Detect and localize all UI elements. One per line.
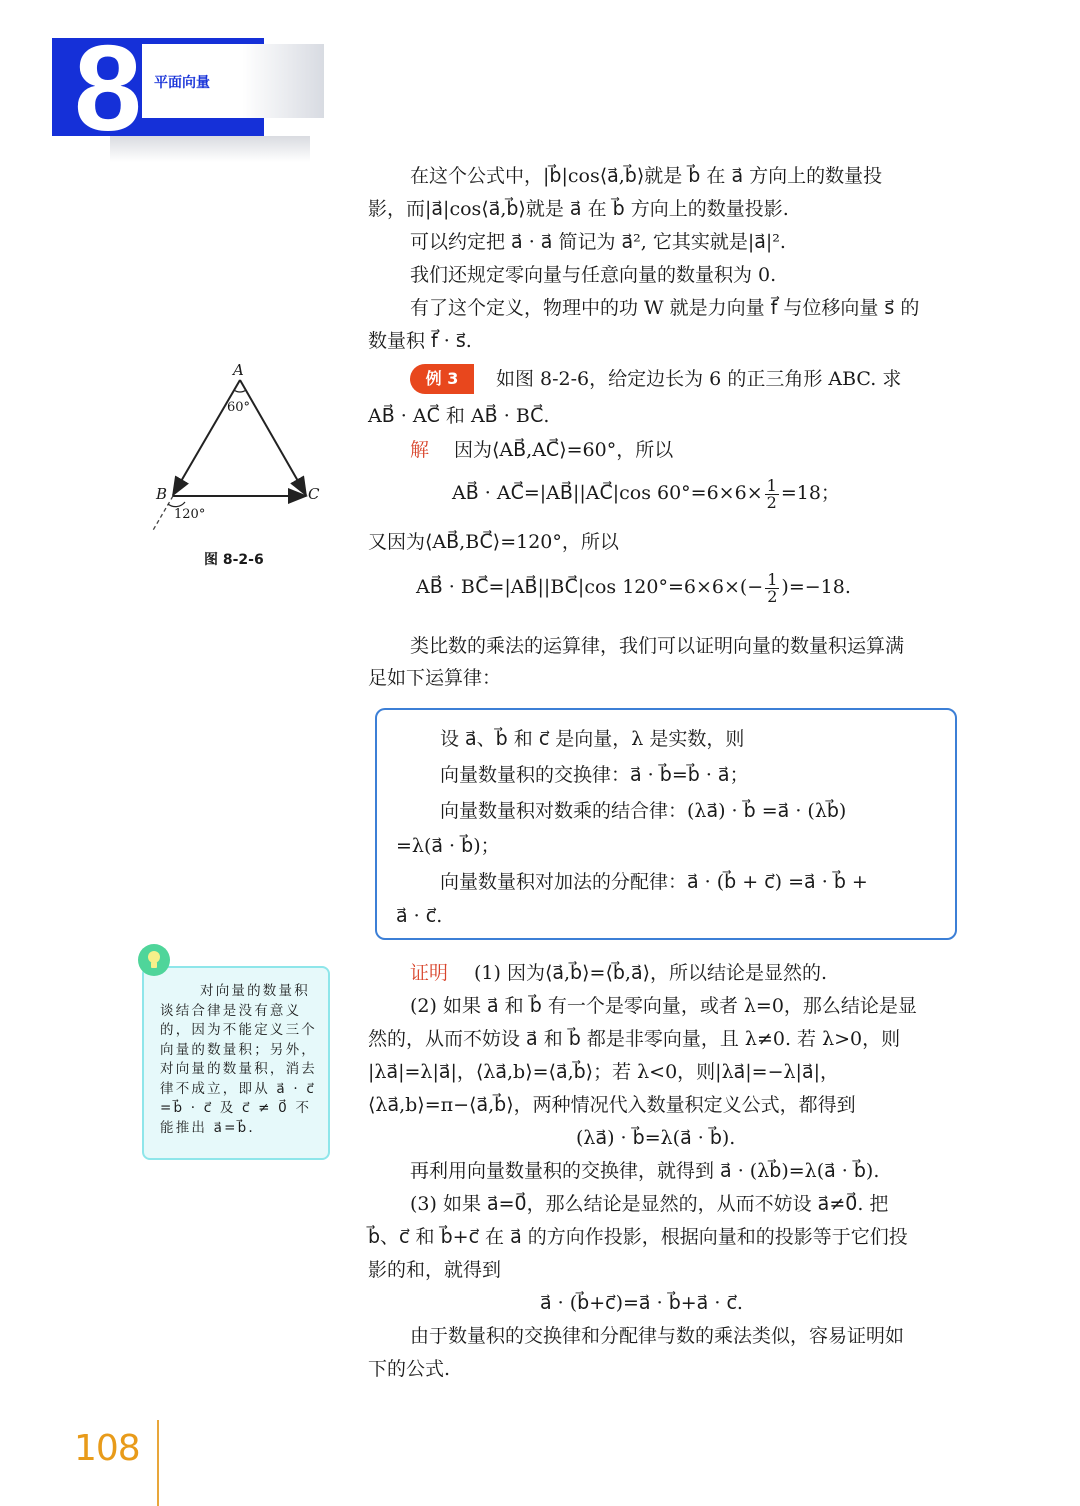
law-distributive: 向量数量积对加法的分配律：a⃗ · (b⃗ + c⃗) =a⃗ · b⃗ + xyxy=(440,866,868,898)
analogy-line-2: 足如下运算律： xyxy=(368,662,501,694)
angle-a-label: 60° xyxy=(227,400,250,415)
header-shadow xyxy=(110,136,310,162)
equation-1: AB⃗ · AC⃗=|AB⃗||AC⃗|cos 60°=6×6×12=18； xyxy=(452,476,840,511)
vertex-c-label: C xyxy=(308,485,319,503)
example-badge: 例 3 xyxy=(410,364,474,394)
fraction-numerator: 1 xyxy=(765,572,779,589)
equation-2-fraction: 12 xyxy=(765,572,779,605)
side-note-content: 对向量的数量积谈结合律是没有意义的，因为不能定义三个向量的数量积；另外，对向量的… xyxy=(160,983,317,1136)
proof-part-3-line-2: b⃗、c⃗ 和 b⃗+c⃗ 在 a⃗ 的方向作投影，根据向量和的投影等于它们投 xyxy=(368,1221,908,1253)
chapter-number: 8 xyxy=(74,28,140,148)
fraction-denominator: 2 xyxy=(765,589,779,605)
proof-part-2-line-1: (2) 如果 a⃗ 和 b⃗ 有一个是零向量，或者 λ=0，那么结论是显 xyxy=(410,990,917,1022)
intro-line-1: 在这个公式中，|b⃗|cos⟨a⃗,b⃗⟩就是 b⃗ 在 a⃗ 方向上的数量投 xyxy=(410,160,882,192)
equation-1-fraction: 12 xyxy=(765,478,779,511)
law-distributive-cont: a⃗ · c⃗. xyxy=(396,900,442,932)
vertex-b-label: B xyxy=(156,485,167,503)
example-problem-line-2: AB⃗ · AC⃗ 和 AB⃗ · BC⃗. xyxy=(368,400,549,432)
fraction-numerator: 1 xyxy=(765,478,779,495)
intro-line-5: 有了这个定义，物理中的功 W 就是力向量 f⃗ 与位移向量 s⃗ 的 xyxy=(410,292,919,324)
law-associative-cont: =λ(a⃗ · b⃗)； xyxy=(396,830,500,862)
figure-caption: 图 8-2-6 xyxy=(204,549,264,569)
solution-label: 解 xyxy=(410,434,429,466)
chapter-title: 平面向量 xyxy=(154,72,210,92)
proof-part-2-line-3: |λa⃗|=λ|a⃗|，⟨λa⃗,b⟩=⟨a⃗,b⃗⟩；若 λ<0，则|λa⃗|… xyxy=(368,1056,839,1088)
proof-part-2-equation: (λa⃗) · b⃗=λ(a⃗ · b⃗). xyxy=(576,1122,735,1154)
vertex-a-label: A xyxy=(233,361,244,379)
proof-part-2-after: 再利用向量数量积的交换律，就得到 a⃗ · (λb⃗)=λ(a⃗ · b⃗). xyxy=(410,1155,879,1187)
law-associative: 向量数量积对数乘的结合律：(λa⃗) · b⃗ =a⃗ · (λb⃗) xyxy=(440,795,846,827)
equation-1-right: =18； xyxy=(781,482,840,504)
proof-part-1: (1) 因为⟨a⃗,b⃗⟩=⟨b⃗,a⃗⟩，所以结论是显然的. xyxy=(474,957,827,989)
page-number-rule xyxy=(157,1420,159,1506)
equation-2: AB⃗ · BC⃗=|AB⃗||BC⃗|cos 120°=6×6×(−12)=−… xyxy=(416,570,851,605)
lightbulb-icon xyxy=(138,944,170,976)
intro-line-4: 我们还规定零向量与任意向量的数量积为 0. xyxy=(410,259,776,291)
page-number: 108 xyxy=(74,1428,140,1469)
equation-2-right: )=−18. xyxy=(781,576,850,598)
solution-line-2: 又因为⟨AB⃗,BC⃗⟩=120°，所以 xyxy=(368,526,619,558)
law-commutative: 向量数量积的交换律：a⃗ · b⃗=b⃗ · a⃗； xyxy=(440,759,749,791)
closing-line-1: 由于数量积的交换律和分配律与数的乘法类似，容易证明如 xyxy=(410,1320,904,1352)
proof-part-3-line-1: (3) 如果 a⃗=0⃗，那么结论是显然的，从而不妨设 a⃗≠0⃗. 把 xyxy=(410,1188,888,1220)
equation-1-left: AB⃗ · AC⃗=|AB⃗||AC⃗|cos 60°=6×6× xyxy=(452,482,763,504)
side-note-text: 对向量的数量积谈结合律是没有意义的，因为不能定义三个向量的数量积；另外，对向量的… xyxy=(160,982,320,1138)
intro-line-3: 可以约定把 a⃗ · a⃗ 简记为 a⃗², 它其实就是|a⃗|². xyxy=(410,226,786,258)
proof-part-2-line-2: 然的，从而不妨设 a⃗ 和 b⃗ 都是非零向量，且 λ≠0. 若 λ>0，则 xyxy=(368,1023,900,1055)
proof-part-3-equation: a⃗ · (b⃗+c⃗)=a⃗ · b⃗+a⃗ · c⃗. xyxy=(540,1287,743,1319)
angle-b-label: 120° xyxy=(174,507,205,522)
example-problem-line-1: 如图 8-2-6，给定边长为 6 的正三角形 ABC. 求 xyxy=(496,363,901,395)
triangle-figure xyxy=(140,360,340,540)
analogy-line-1: 类比数的乘法的运算律，我们可以证明向量的数量积运算满 xyxy=(410,630,904,662)
law-line-1: 设 a⃗、b⃗ 和 c⃗ 是向量，λ 是实数，则 xyxy=(440,723,744,755)
intro-line-6: 数量积 f⃗ · s⃗. xyxy=(368,325,472,357)
lightbulb-glyph xyxy=(138,944,170,976)
proof-part-2-line-4: ⟨λa⃗,b⟩=π−⟨a⃗,b⃗⟩，两种情况代入数量积定义公式，都得到 xyxy=(368,1089,856,1121)
intro-line-2: 影，而|a⃗|cos⟨a⃗,b⃗⟩就是 a⃗ 在 b⃗ 方向上的数量投影. xyxy=(368,193,789,225)
proof-part-3-line-3: 影的和，就得到 xyxy=(368,1254,501,1286)
solution-line-1: 因为⟨AB⃗,AC⃗⟩=60°，所以 xyxy=(454,434,673,466)
fraction-denominator: 2 xyxy=(765,495,779,511)
equation-2-left: AB⃗ · BC⃗=|AB⃗||BC⃗|cos 120°=6×6×(− xyxy=(416,576,763,598)
proof-label: 证明 xyxy=(410,957,448,989)
closing-line-2: 下的公式. xyxy=(368,1353,450,1385)
